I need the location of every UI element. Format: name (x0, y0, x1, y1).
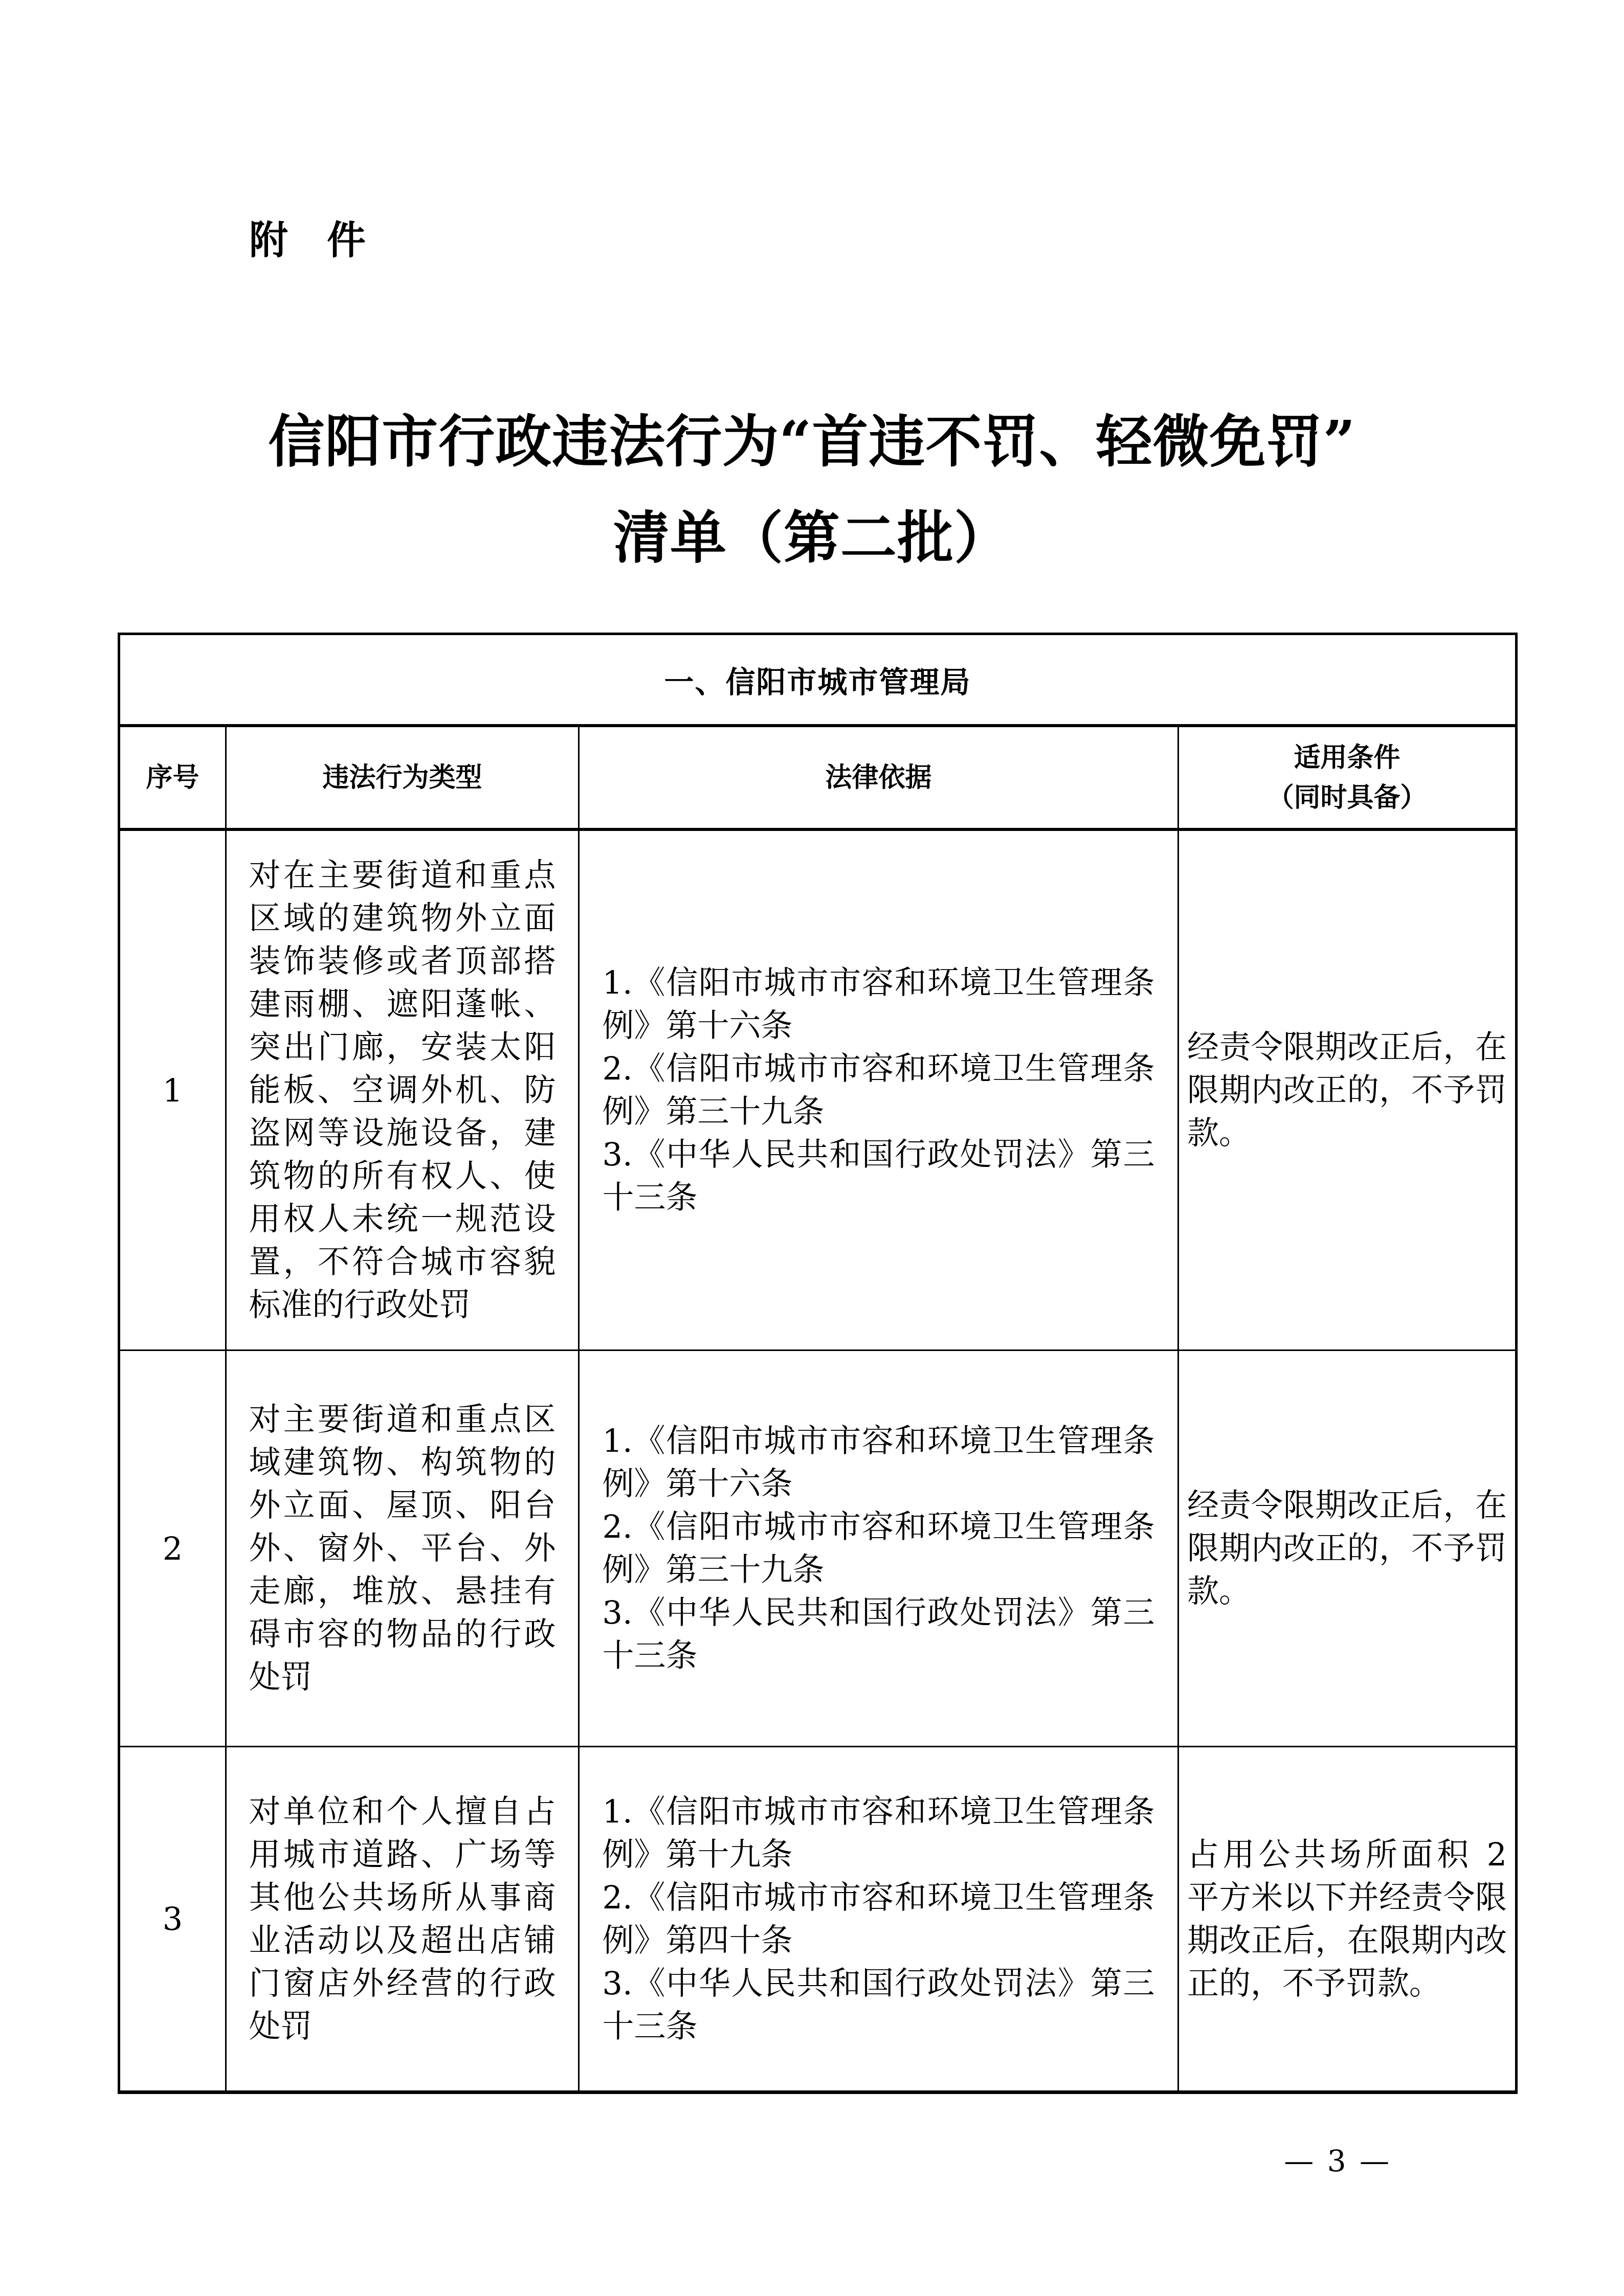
document-page: 附 件 信阳市行政违法行为“首违不罚、轻微免罚” 清单（第二批） 一、信阳市城市… (0, 0, 1624, 2296)
page-title-line2: 清单（第二批） (0, 490, 1624, 586)
table-row: 3 对单位和个人擅自占用城市道路、广场等其他公共场所从事商业活动以及超出店铺门窗… (120, 1747, 1515, 2090)
column-header-conditions: 适用条件 （同时具备） (1179, 727, 1515, 828)
cell-violation: 对单位和个人擅自占用城市道路、广场等其他公共场所从事商业活动以及超出店铺门窗店外… (227, 1747, 580, 2090)
table-row: 2 对主要街道和重点区域建筑物、构筑物的外立面、屋顶、阳台外、窗外、平台、外走廊… (120, 1351, 1515, 1747)
cell-conditions: 经责令限期改正后，在限期内改正的，不予罚款。 (1179, 831, 1515, 1349)
cell-violation: 对主要街道和重点区域建筑物、构筑物的外立面、屋顶、阳台外、窗外、平台、外走廊，堆… (227, 1351, 580, 1746)
cell-conditions: 经责令限期改正后，在限期内改正的，不予罚款。 (1179, 1351, 1515, 1746)
page-title-line1: 信阳市行政违法行为“首违不罚、轻微免罚” (0, 394, 1624, 490)
column-header-legal-basis: 法律依据 (580, 727, 1179, 828)
cell-no: 1 (120, 831, 227, 1349)
attachment-label: 附 件 (249, 215, 366, 266)
cell-conditions: 占用公共场所面积 2 平方米以下并经责令限期改正后，在限期内改正的，不予罚款。 (1179, 1747, 1515, 2090)
cell-no: 2 (120, 1351, 227, 1746)
cell-violation: 对在主要街道和重点区域的建筑物外立面装饰装修或者顶部搭建雨棚、遮阳蓬帐、突出门廊… (227, 831, 580, 1349)
cell-legal-basis: 1.《信阳市城市市容和环境卫生管理条例》第十六条 2.《信阳市城市市容和环境卫生… (580, 831, 1179, 1349)
page-number: — 3 — (1284, 2144, 1391, 2178)
table-section-header: 一、信阳市城市管理局 (120, 635, 1515, 727)
cell-no: 3 (120, 1747, 227, 2090)
cell-legal-basis: 1.《信阳市城市市容和环境卫生管理条例》第十九条 2.《信阳市城市市容和环境卫生… (580, 1747, 1179, 2090)
column-header-violation: 违法行为类型 (227, 727, 580, 828)
page-title: 信阳市行政违法行为“首违不罚、轻微免罚” 清单（第二批） (0, 394, 1624, 586)
table-column-header-row: 序号 违法行为类型 法律依据 适用条件 （同时具备） (120, 727, 1515, 831)
table-row: 1 对在主要街道和重点区域的建筑物外立面装饰装修或者顶部搭建雨棚、遮阳蓬帐、突出… (120, 831, 1515, 1351)
penalty-exemption-table: 一、信阳市城市管理局 序号 违法行为类型 法律依据 适用条件 （同时具备） 1 … (118, 633, 1518, 2094)
cell-legal-basis: 1.《信阳市城市市容和环境卫生管理条例》第十六条 2.《信阳市城市市容和环境卫生… (580, 1351, 1179, 1746)
column-header-no: 序号 (120, 727, 227, 828)
